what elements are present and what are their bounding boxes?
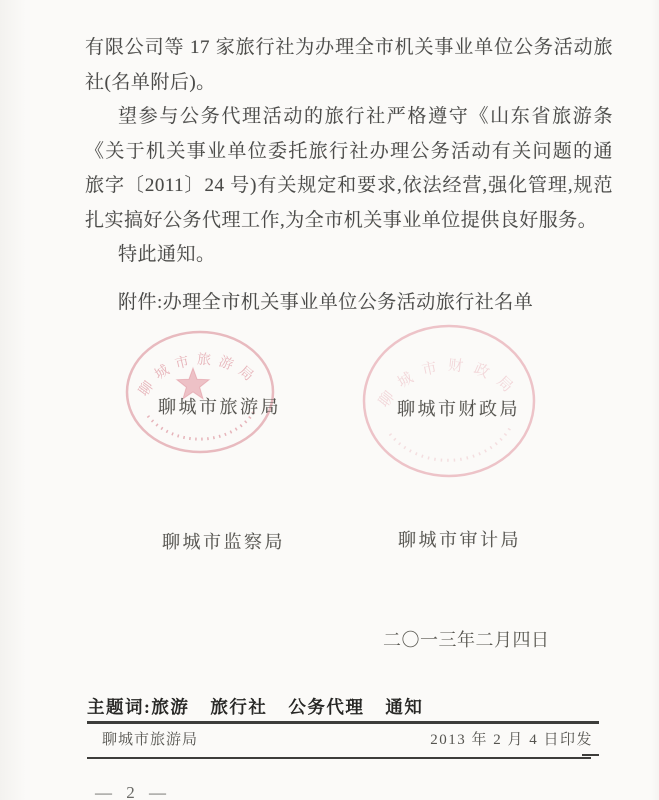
body-line: 《关于机关事业单位委托旅行社办理公务活动有关问题的通知》(聊 — [85, 135, 613, 170]
notice-body: 有限公司等 17 家旅行社为办理全市机关事业单位公务活动旅行 社(名单附后)。 … — [85, 31, 613, 273]
publisher-name: 聊城市旅游局 — [102, 729, 198, 751]
keywords-label: 主题词: — [87, 697, 151, 717]
tourism-bureau-seal: 聊城市旅游局 — [122, 318, 282, 458]
document-page: 聊城市旅游局 聊城市财政局 有限公司等 17 家旅行社为办理全市机关事业单位公务… — [0, 0, 659, 800]
signature-finance-bureau: 聊城市财政局 — [397, 395, 520, 421]
body-line: 扎实搞好公务代理工作,为全市机关事业单位提供良好服务。 — [85, 204, 613, 239]
body-line: 望参与公务代理活动的旅行社严格遵守《山东省旅游条例》和 — [85, 100, 613, 135]
signature-audit-bureau: 聊城市审计局 — [398, 526, 521, 552]
footer-rule-bottom — [87, 757, 591, 759]
keyword-term: 公务代理 — [288, 697, 364, 717]
body-line: 特此通知。 — [85, 238, 613, 273]
keyword-term: 旅游 — [151, 697, 189, 717]
page-number: — 2 — — [95, 783, 171, 800]
keyword-term: 旅行社 — [210, 697, 267, 717]
seal-circle — [127, 332, 273, 452]
attachment-line: 附件:办理全市机关事业单位公务活动旅行社名单 — [118, 287, 533, 314]
body-line: 旅字〔2011〕24 号)有关规定和要求,依法经营,强化管理,规范服务, — [85, 169, 613, 204]
body-line: 社(名单附后)。 — [85, 66, 613, 101]
keyword-term: 通知 — [385, 697, 423, 717]
seal-code-dots — [390, 428, 510, 460]
footer-rule-end-dash — [582, 754, 599, 756]
date-line: 二〇一三年二月四日 — [383, 626, 550, 652]
signature-tourism-bureau: 聊城市旅游局 — [158, 393, 281, 419]
keywords-line: 主题词:旅游旅行社公务代理通知 — [87, 694, 423, 719]
publisher-row: 聊城市旅游局 2013 年 2 月 4 日印发 — [87, 729, 597, 751]
footer-rule-top — [87, 721, 599, 724]
body-line: 有限公司等 17 家旅行社为办理全市机关事业单位公务活动旅行 — [85, 31, 613, 66]
signature-supervision-bureau: 聊城市监察局 — [162, 528, 285, 554]
print-date: 2013 年 2 月 4 日印发 — [430, 729, 593, 751]
